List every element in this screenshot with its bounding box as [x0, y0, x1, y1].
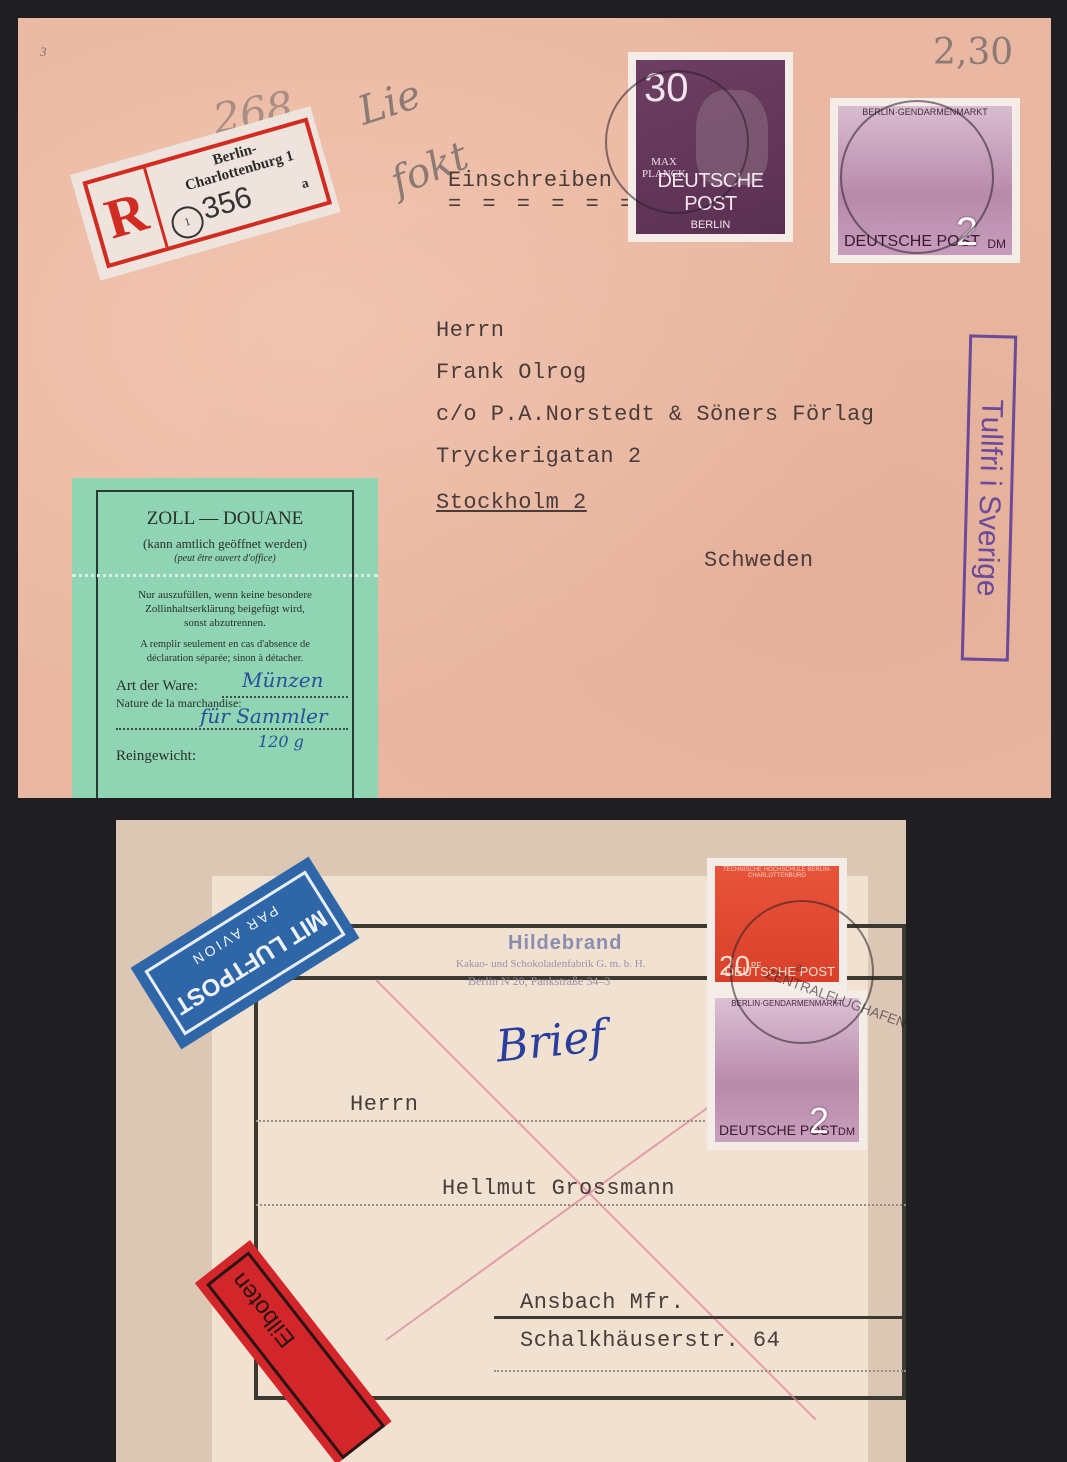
perforation-line [72, 574, 378, 577]
customs-free-cachet: Tullfri i Sverige [961, 334, 1018, 661]
address-street: Tryckerigatan 2 [436, 444, 642, 469]
address-care-of: c/o P.A.Norstedt & Söners Förlag [436, 402, 874, 427]
stamp-value: 2 [809, 1100, 829, 1142]
customs-subtitle-de: (kann amtlich geöffnet werden) [96, 536, 354, 552]
address-name: Frank Olrog [436, 360, 587, 385]
corner-mark: 3 [40, 44, 47, 60]
postmark-icon [605, 70, 749, 214]
field-label-goods: Art der Ware: [116, 678, 198, 695]
address-country: Schweden [704, 548, 814, 573]
customs-label: ZOLL — DOUANE (kann amtlich geöffnet wer… [72, 478, 378, 798]
address-city: Ansbach Mfr. [520, 1290, 684, 1315]
service-registered: Einschreiben [448, 168, 612, 193]
field-value-goods-2: für Sammler [200, 704, 328, 728]
address-city: Stockholm 2 [436, 490, 587, 515]
registration-r-icon: R [87, 168, 168, 264]
postmark-icon [840, 100, 994, 254]
field-value-goods: Münzen [242, 668, 324, 692]
customs-title: ZOLL — DOUANE [96, 508, 354, 530]
postmark-icon: ZENTRALFLUGHAFEN a [730, 900, 874, 1044]
customs-instructions-fr: A remplir seulement en cas d'absence de … [96, 638, 354, 666]
stamp-caption: TECHNISCHE HOCHSCHULE BERLIN-CHARLOTTENB… [715, 867, 839, 879]
address-name: Hellmut Grossmann [442, 1176, 675, 1201]
stamp-currency: DM [838, 1126, 855, 1138]
customs-instructions-de: Nur auszufüllen, wenn keine besondere Zo… [96, 588, 354, 630]
address-salutation: Herrn [350, 1092, 419, 1117]
stamp-sub: BERLIN [636, 219, 785, 231]
field-label-weight: Reingewicht: [116, 748, 196, 765]
price-note: 2,30 [933, 32, 1013, 73]
stamp-currency: DM [987, 237, 1006, 251]
pencil-note: Lie [352, 71, 426, 134]
address-salutation: Herrn [436, 318, 505, 343]
registration-suffix: a [300, 176, 311, 193]
field-value-weight: 120 g [258, 732, 304, 751]
customs-subtitle-fr: (peut être ouvert d'office) [96, 553, 354, 564]
address-street: Schalkhäuserstr. 64 [520, 1328, 780, 1353]
